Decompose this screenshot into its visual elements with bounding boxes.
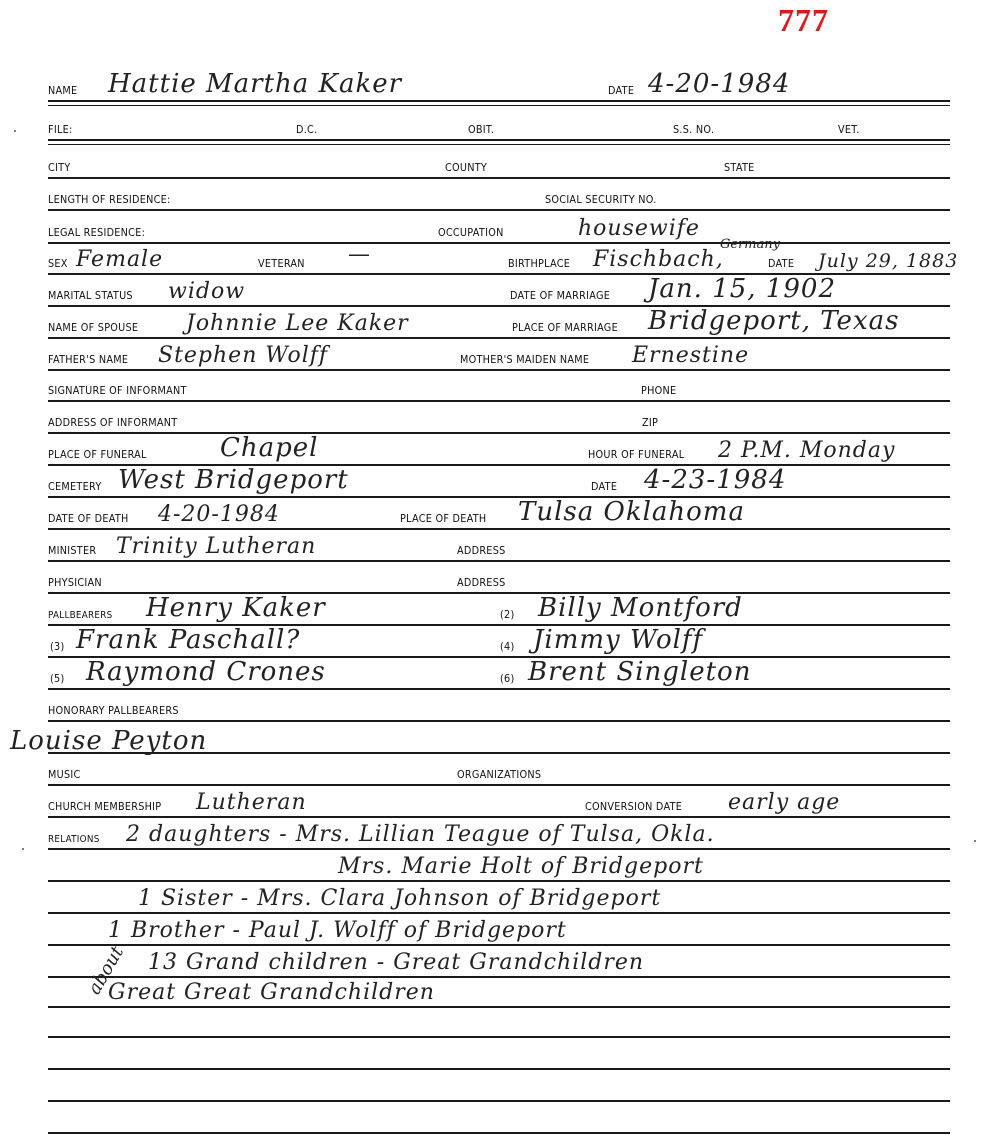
- physician-address-label: ADDRESS: [457, 576, 506, 589]
- row-legal-residence: LEGAL RESIDENCE: OCCUPATION housewife: [48, 214, 950, 244]
- birthplace-value: Fischbach,: [593, 247, 724, 272]
- sex-label: SEX: [48, 257, 68, 270]
- name-value: Hattie Martha Kaker: [108, 69, 402, 99]
- row-relations-6: Great Great Grandchildren: [48, 980, 950, 1008]
- pallbearer-5-number: (5): [50, 672, 65, 685]
- county-label: COUNTY: [445, 161, 487, 174]
- row-marital-status: MARITAL STATUS widow DATE OF MARRIAGE Ja…: [48, 277, 950, 307]
- row-relations-5: 13 Grand children - Great Grandchildren: [48, 948, 950, 978]
- minister-label: MINISTER: [48, 544, 96, 557]
- city-label: CITY: [48, 161, 71, 174]
- name-label: NAME: [48, 84, 77, 97]
- date-label: DATE: [608, 84, 634, 97]
- minister-address-label: ADDRESS: [457, 544, 506, 557]
- birth-date-label: DATE: [768, 257, 794, 270]
- hour-of-funeral-label: HOUR OF FUNERAL: [588, 448, 684, 461]
- music-label: MUSIC: [48, 768, 81, 781]
- zip-label: ZIP: [642, 416, 658, 429]
- church-membership-label: CHURCH MEMBERSHIP: [48, 800, 161, 813]
- physician-label: PHYSICIAN: [48, 576, 102, 589]
- place-of-death-label: PLACE OF DEATH: [400, 512, 486, 525]
- conversion-date-value: early age: [728, 790, 840, 815]
- row-pallbearers-2: (3) Frank Paschall? (4) Jimmy Wolff: [48, 628, 950, 658]
- row-file: FILE: D.C. OBIT. S.S. NO. VET.: [48, 113, 950, 141]
- file-label: FILE:: [48, 123, 73, 136]
- state-label: STATE: [724, 161, 755, 174]
- fathers-name-label: FATHER'S NAME: [48, 353, 128, 366]
- phone-label: PHONE: [641, 384, 676, 397]
- birthplace-label: BIRTHPLACE: [508, 257, 570, 270]
- honorary-pallbearers-value: Louise Peyton: [10, 726, 207, 756]
- row-honorary-pallbearers-value: Louise Peyton: [48, 724, 950, 754]
- row-physician: PHYSICIAN ADDRESS: [48, 564, 950, 594]
- relations-line-3: 1 Sister - Mrs. Clara Johnson of Bridgep…: [138, 886, 661, 911]
- row-minister: MINISTER Trinity Lutheran ADDRESS: [48, 532, 950, 562]
- blank-row-4: [48, 1106, 950, 1134]
- blank-row-1: [48, 1010, 950, 1038]
- marital-status-value: widow: [168, 279, 245, 304]
- pallbearer-3-number: (3): [50, 640, 65, 653]
- date-of-death-value: 4-20-1984: [158, 502, 280, 527]
- row-cemetery: CEMETERY West Bridgeport DATE 4-23-1984: [48, 468, 950, 498]
- place-of-marriage-value: Bridgeport, Texas: [648, 306, 899, 336]
- blank-row-3: [48, 1074, 950, 1102]
- name-of-spouse-value: Johnnie Lee Kaker: [186, 311, 409, 336]
- pallbearers-label: PALLBEARERS: [48, 610, 112, 621]
- relations-line-1: 2 daughters - Mrs. Lillian Teague of Tul…: [126, 822, 715, 847]
- obit-label: OBIT.: [468, 123, 494, 136]
- pallbearer-6-value: Brent Singleton: [528, 657, 751, 687]
- birth-date-value: July 29, 1883: [818, 250, 958, 272]
- row-signature-of-informant: SIGNATURE OF INFORMANT PHONE: [48, 373, 950, 402]
- date-of-marriage-label: DATE OF MARRIAGE: [510, 289, 610, 302]
- legal-residence-label: LEGAL RESIDENCE:: [48, 226, 145, 239]
- pallbearer-2-number: (2): [500, 608, 515, 621]
- marital-status-label: MARITAL STATUS: [48, 289, 133, 302]
- minister-value: Trinity Lutheran: [116, 534, 316, 559]
- row-date-of-death: DATE OF DEATH 4-20-1984 PLACE OF DEATH T…: [48, 500, 950, 530]
- relations-line-2: Mrs. Marie Holt of Bridgeport: [338, 854, 704, 879]
- row-address-of-informant: ADDRESS OF INFORMANT ZIP: [48, 405, 950, 434]
- row-music: MUSIC ORGANIZATIONS: [48, 756, 950, 786]
- scan-speck: [974, 840, 976, 842]
- occupation-label: OCCUPATION: [438, 226, 504, 239]
- relations-line-4: 1 Brother - Paul J. Wolff of Bridgeport: [108, 918, 567, 943]
- row-relations-3: 1 Sister - Mrs. Clara Johnson of Bridgep…: [48, 884, 950, 914]
- pallbearer-3-value: Frank Paschall?: [76, 625, 300, 655]
- row-name: NAME Hattie Martha Kaker DATE 4-20-1984: [48, 70, 950, 102]
- pallbearer-1-value: Henry Kaker: [146, 593, 326, 623]
- blank-row-2: [48, 1042, 950, 1070]
- row-church-membership: CHURCH MEMBERSHIP Lutheran CONVERSION DA…: [48, 788, 950, 818]
- signature-of-informant-label: SIGNATURE OF INFORMANT: [48, 384, 187, 397]
- ss-no-label: S.S. NO.: [673, 123, 714, 136]
- honorary-pallbearers-label: HONORARY PALLBEARERS: [48, 704, 179, 717]
- row-honorary-pallbearers: HONORARY PALLBEARERS: [48, 692, 950, 722]
- row-relations-2: Mrs. Marie Holt of Bridgeport: [48, 852, 950, 882]
- relations-label: RELATIONS: [48, 834, 100, 845]
- row-sex: SEX Female VETERAN — BIRTHPLACE Fischbac…: [48, 245, 950, 275]
- vet-label: VET.: [838, 123, 860, 136]
- row-pallbearers-3: (5) Raymond Crones (6) Brent Singleton: [48, 660, 950, 690]
- pallbearer-4-value: Jimmy Wolff: [533, 625, 703, 655]
- birthplace-country-note: Germany: [720, 237, 780, 252]
- mothers-maiden-name-value: Ernestine: [632, 343, 749, 368]
- conversion-date-label: CONVERSION DATE: [585, 800, 682, 813]
- veteran-value: —: [348, 242, 371, 267]
- name-of-spouse-label: NAME OF SPOUSE: [48, 321, 138, 334]
- row-length-of-residence: LENGTH OF RESIDENCE: SOCIAL SECURITY NO.: [48, 182, 950, 211]
- address-of-informant-label: ADDRESS OF INFORMANT: [48, 416, 177, 429]
- veteran-label: VETERAN: [258, 257, 305, 270]
- pallbearer-2-value: Billy Montford: [538, 593, 743, 623]
- place-of-death-value: Tulsa Oklahoma: [518, 497, 745, 527]
- scan-speck: [22, 848, 24, 850]
- row-relations-4: 1 Brother - Paul J. Wolff of Bridgeport: [48, 916, 950, 946]
- date-value: 4-20-1984: [648, 69, 790, 99]
- social-security-no-label: SOCIAL SECURITY NO.: [545, 193, 657, 206]
- scan-speck: [14, 130, 16, 132]
- organizations-label: ORGANIZATIONS: [457, 768, 541, 781]
- occupation-value: housewife: [578, 216, 700, 241]
- place-of-funeral-label: PLACE OF FUNERAL: [48, 448, 147, 461]
- page-number: 777: [778, 2, 829, 39]
- fathers-name-value: Stephen Wolff: [158, 343, 328, 368]
- row-place-of-funeral: PLACE OF FUNERAL Chapel HOUR OF FUNERAL …: [48, 436, 950, 466]
- pallbearer-4-number: (4): [500, 640, 515, 653]
- sex-value: Female: [76, 247, 163, 272]
- cemetery-label: CEMETERY: [48, 480, 102, 493]
- row-fathers-name: FATHER'S NAME Stephen Wolff MOTHER'S MAI…: [48, 341, 950, 371]
- funeral-date-label: DATE: [591, 480, 617, 493]
- date-of-marriage-value: Jan. 15, 1902: [648, 274, 836, 304]
- relations-line-5: 13 Grand children - Great Grandchildren: [148, 950, 644, 975]
- cemetery-value: West Bridgeport: [118, 465, 349, 495]
- row-name-of-spouse: NAME OF SPOUSE Johnnie Lee Kaker PLACE O…: [48, 309, 950, 339]
- place-of-marriage-label: PLACE OF MARRIAGE: [512, 321, 618, 334]
- pallbearer-6-number: (6): [500, 672, 515, 685]
- length-of-residence-label: LENGTH OF RESIDENCE:: [48, 193, 171, 206]
- row-city: CITY COUNTY STATE: [48, 150, 950, 179]
- mothers-maiden-name-label: MOTHER'S MAIDEN NAME: [460, 353, 589, 366]
- place-of-funeral-value: Chapel: [220, 433, 319, 463]
- church-membership-value: Lutheran: [196, 790, 307, 815]
- hour-of-funeral-value: 2 P.M. Monday: [718, 438, 895, 463]
- row-pallbearers-1: PALLBEARERS Henry Kaker (2) Billy Montfo…: [48, 596, 950, 626]
- relations-line-6: Great Great Grandchildren: [108, 980, 435, 1005]
- row-relations-1: RELATIONS 2 daughters - Mrs. Lillian Tea…: [48, 820, 950, 850]
- dc-label: D.C.: [296, 123, 317, 136]
- pallbearer-5-value: Raymond Crones: [86, 657, 326, 687]
- date-of-death-label: DATE OF DEATH: [48, 512, 129, 525]
- funeral-date-value: 4-23-1984: [644, 465, 786, 495]
